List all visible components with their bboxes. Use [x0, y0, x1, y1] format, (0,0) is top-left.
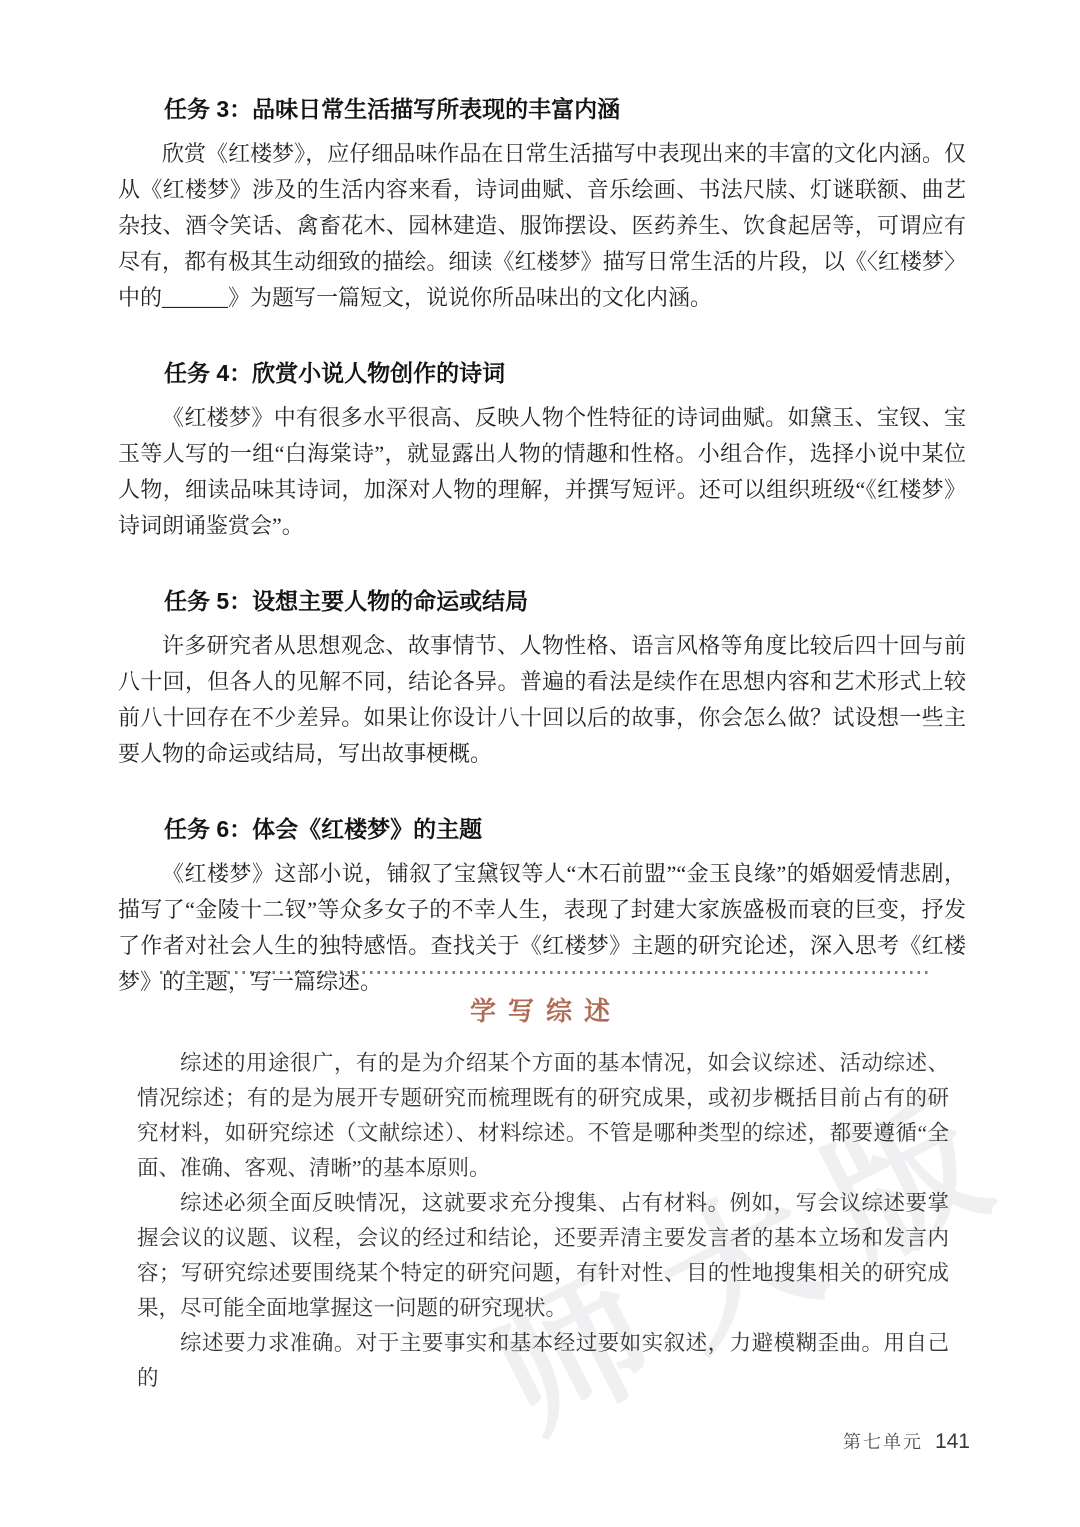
- summary-writing-section: 综述的用途很广，有的是为介绍某个方面的基本情况，如会议综述、活动综述、情况综述；…: [137, 1046, 949, 1396]
- task-5-block: 任务 5：设想主要人物的命运或结局 许多研究者从思想观念、故事情节、人物性格、语…: [118, 586, 966, 772]
- task-4-body: 《红楼梦》中有很多水平很高、反映人物个性特征的诗词曲赋。如黛玉、宝钗、宝玉等人写…: [118, 400, 966, 544]
- tasks-section: 任务 3：品味日常生活描写所表现的丰富内涵 欣赏《红楼梦》，应仔细品味作品在日常…: [118, 94, 966, 1000]
- task-5-body: 许多研究者从思想观念、故事情节、人物性格、语言风格等角度比较后四十回与前八十回，…: [118, 628, 966, 772]
- task-4-title: 任务 4：欣赏小说人物创作的诗词: [118, 358, 966, 388]
- section-title: 学写综述: [0, 991, 1080, 1028]
- task-5-title: 任务 5：设想主要人物的命运或结局: [118, 586, 966, 616]
- dotted-divider: [160, 971, 928, 974]
- summary-paragraph-2: 综述必须全面反映情况，这就要求充分搜集、占有材料。例如，写会议综述要掌握会议的议…: [137, 1186, 949, 1326]
- task-6-title: 任务 6：体会《红楼梦》的主题: [118, 814, 966, 844]
- task-3-block: 任务 3：品味日常生活描写所表现的丰富内涵 欣赏《红楼梦》，应仔细品味作品在日常…: [118, 94, 966, 316]
- page-footer: 第七单元 141: [843, 1428, 970, 1454]
- task-3-title: 任务 3：品味日常生活描写所表现的丰富内涵: [118, 94, 966, 124]
- task-4-block: 任务 4：欣赏小说人物创作的诗词 《红楼梦》中有很多水平很高、反映人物个性特征的…: [118, 358, 966, 544]
- task-6-body: 《红楼梦》这部小说，铺叙了宝黛钗等人“木石前盟”“金玉良缘”的婚姻爱情悲剧，描写…: [118, 856, 966, 1000]
- summary-paragraph-1: 综述的用途很广，有的是为介绍某个方面的基本情况，如会议综述、活动综述、情况综述；…: [137, 1046, 949, 1186]
- page-number: 141: [935, 1430, 970, 1454]
- task-3-body: 欣赏《红楼梦》，应仔细品味作品在日常生活描写中表现出来的丰富的文化内涵。仅从《红…: [118, 136, 966, 316]
- textbook-page: 师大版 任务 3：品味日常生活描写所表现的丰富内涵 欣赏《红楼梦》，应仔细品味作…: [0, 0, 1080, 1527]
- unit-label: 第七单元: [843, 1428, 923, 1454]
- summary-paragraph-3: 综述要力求准确。对于主要事实和基本经过要如实叙述，力避模糊歪曲。用自己的: [137, 1326, 949, 1396]
